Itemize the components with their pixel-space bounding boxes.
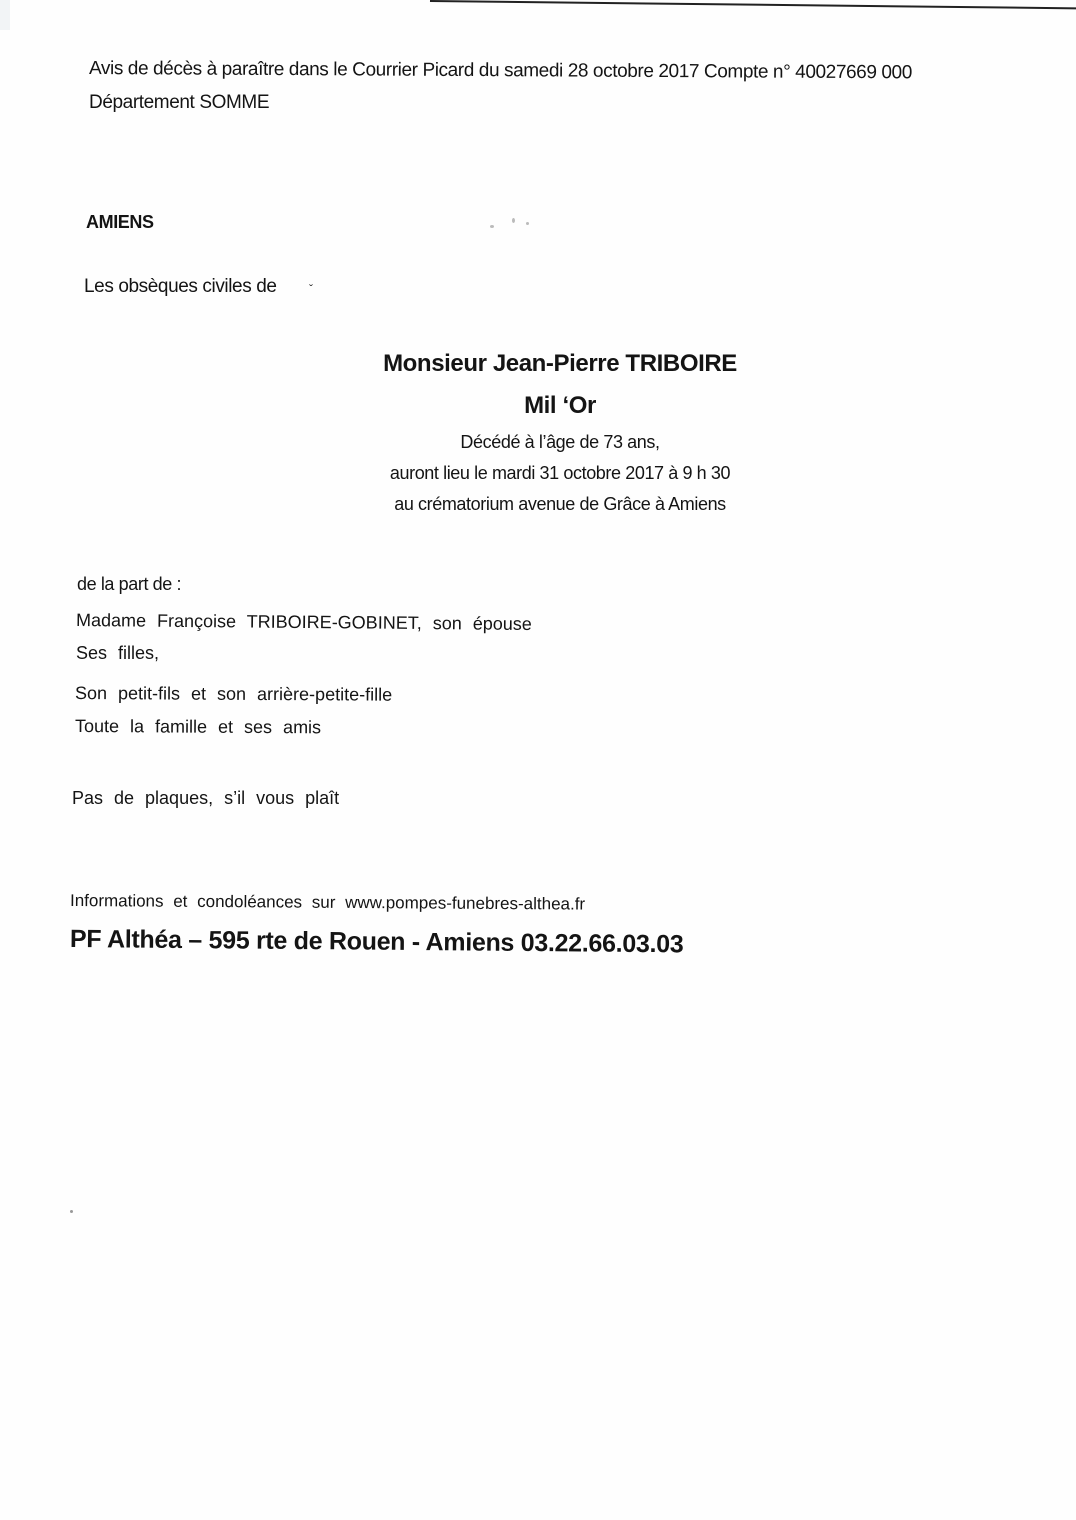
scan-speck <box>512 218 515 223</box>
header-department-line: Département SOMME <box>89 92 269 114</box>
city-heading: AMIENS <box>86 212 154 233</box>
header-publication-line: Avis de décès à paraître dans le Courrie… <box>89 58 912 84</box>
from-label: de la part de : <box>77 574 181 595</box>
family-member-line: Madame Françoise TRIBOIRE-GOBINET, son é… <box>76 610 532 635</box>
scan-speck <box>490 225 494 228</box>
family-member-line: Ses filles, <box>76 643 159 664</box>
scan-speck <box>70 1210 73 1213</box>
family-member-line: Son petit-fils et son arrière-petite-fil… <box>75 683 392 706</box>
scan-edge-line <box>430 0 1076 9</box>
funeral-home-contact: PF Althéa – 595 rte de Rouen - Amiens 03… <box>70 925 684 959</box>
scan-mark: ˇ <box>309 282 313 296</box>
ceremony-place: au crématorium avenue de Grâce à Amiens <box>310 494 810 515</box>
info-condolences-line: Informations et condoléances sur www.pom… <box>70 891 585 915</box>
scanned-page: Avis de décès à paraître dans le Courrie… <box>0 0 1076 1520</box>
ceremony-date: auront lieu le mardi 31 octobre 2017 à 9… <box>310 463 810 484</box>
deceased-nickname: Mil ‘Or <box>310 392 810 420</box>
deceased-age: Décédé à l’âge de 73 ans, <box>310 432 810 453</box>
intro-text: Les obsèques civiles de <box>84 276 277 298</box>
scan-speck <box>526 222 529 225</box>
family-member-line: Toute la famille et ses amis <box>75 716 321 738</box>
no-plaques-note: Pas de plaques, s’il vous plaît <box>72 788 339 809</box>
scan-edge-shadow <box>0 0 10 30</box>
deceased-name: Monsieur Jean-Pierre TRIBOIRE <box>310 350 810 378</box>
